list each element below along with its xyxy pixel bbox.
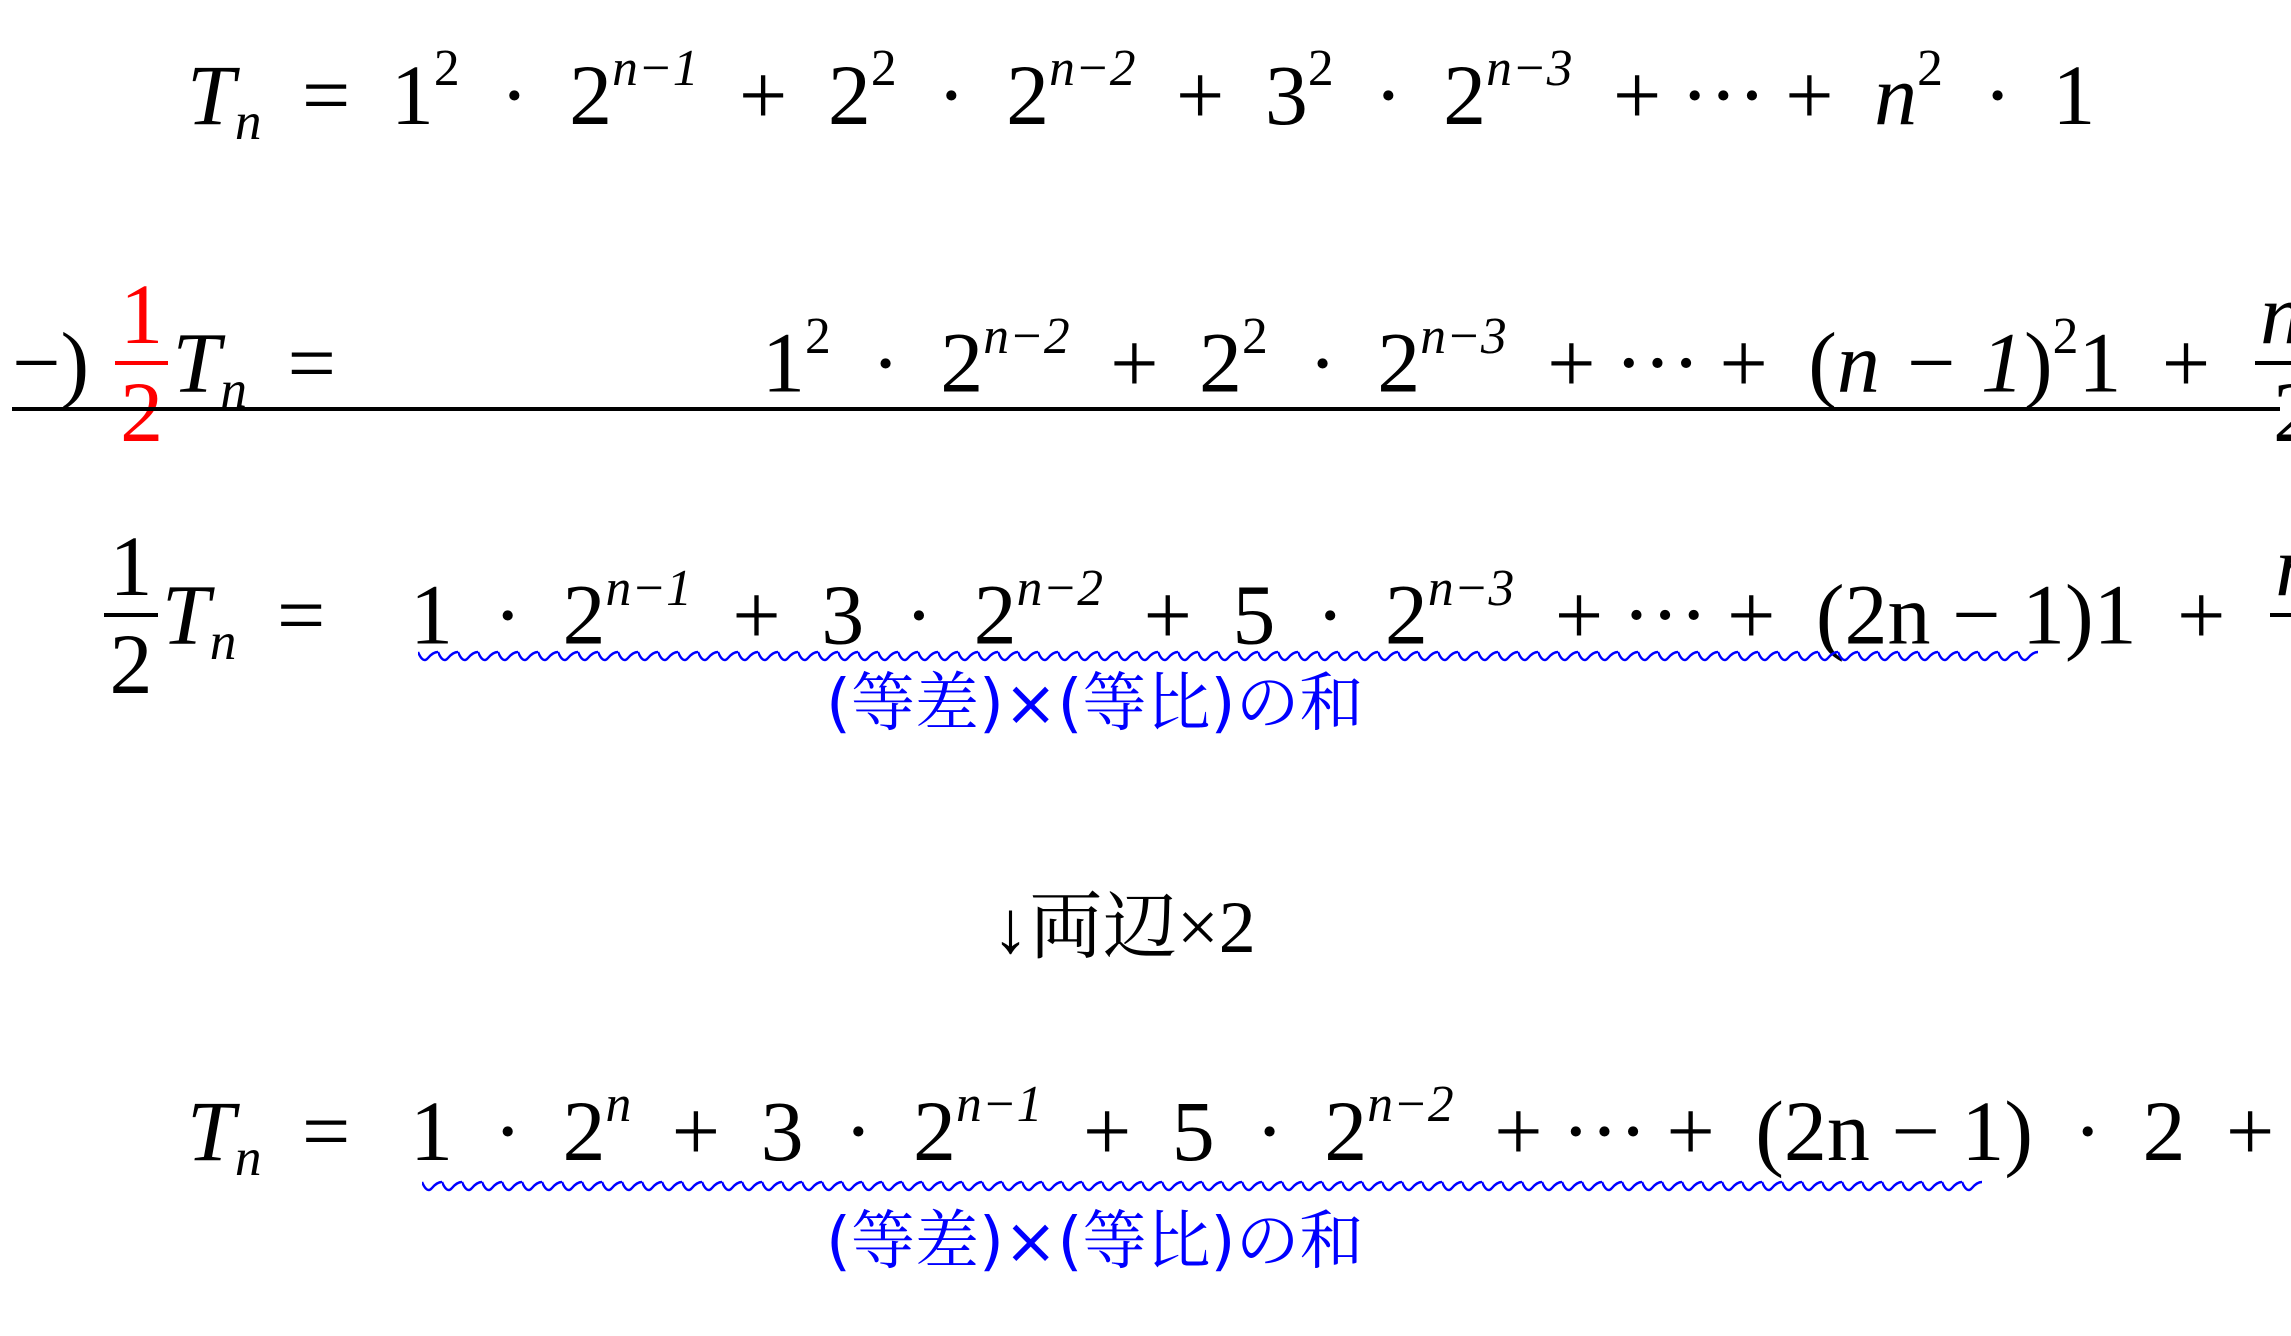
half-fraction: 1 2 — [104, 523, 157, 707]
wavy-underline-row-5 — [422, 1178, 1982, 1198]
equation-row-2: −) 1 2 Tn = — [12, 280, 355, 464]
equation-row-5: Tn = — [187, 1088, 369, 1174]
down-arrow-icon: ↓ — [992, 887, 1029, 969]
red-half-fraction: 1 2 — [115, 271, 168, 455]
subtract-marker: −) — [12, 315, 89, 411]
annotation-arith-geo-sum-2: (等差)×(等比)の和 — [826, 1210, 1364, 1274]
subtraction-rule — [12, 407, 2280, 411]
equation-row-3: 1 2 Tn = — [100, 532, 344, 716]
equation-row-1: Tn = 12 · 2n−1 + 22 · 2n−2 + 32 · 2n−3 +… — [187, 52, 2095, 138]
n-squared-over-2: n2 2 — [2255, 271, 2291, 455]
n-squared-over-2: n2 2 — [2270, 523, 2291, 707]
lhs-T: T — [187, 47, 235, 143]
equation-row-2-rhs: 12 · 2n−2 + 22 · 2n−3 +···+ (n − 1)21 + … — [762, 280, 2291, 464]
equation-row-5-rhs: 1 · 2n + 3 · 2n−1 + 5 · 2n−2 +···+ (2n −… — [410, 1088, 2291, 1174]
wavy-underline-row-3 — [418, 648, 2038, 668]
step-multiply-both-sides: ↓両辺×2 — [992, 890, 1256, 965]
annotation-arith-geo-sum-1: (等差)×(等比)の和 — [826, 672, 1364, 736]
